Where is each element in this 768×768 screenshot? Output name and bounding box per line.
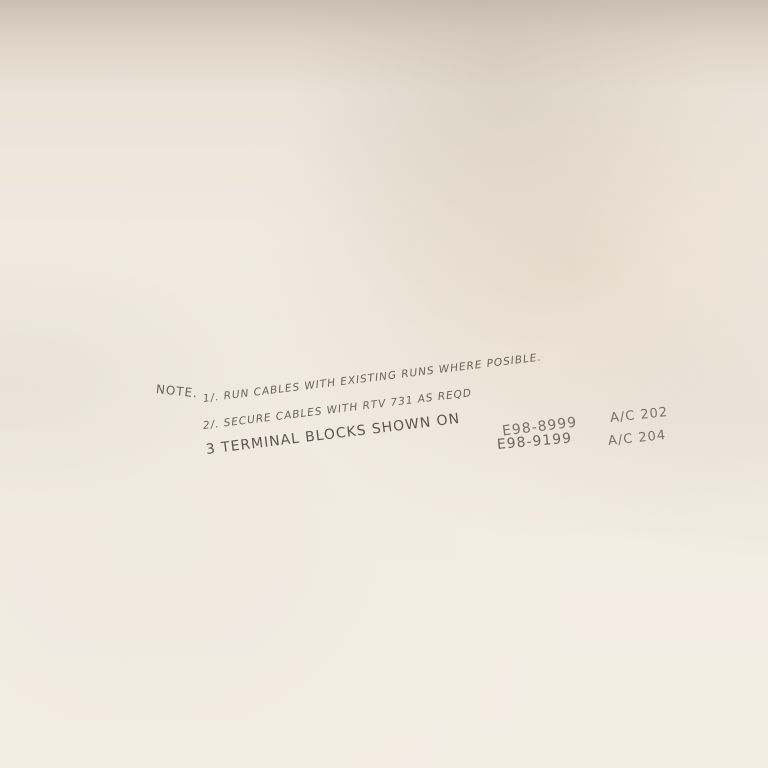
paper-background bbox=[0, 0, 768, 768]
note-item-1-number: 1/. bbox=[202, 391, 220, 405]
note-item-2-number: 2/. bbox=[202, 418, 220, 432]
note-item-3-number: 3 bbox=[205, 441, 217, 458]
